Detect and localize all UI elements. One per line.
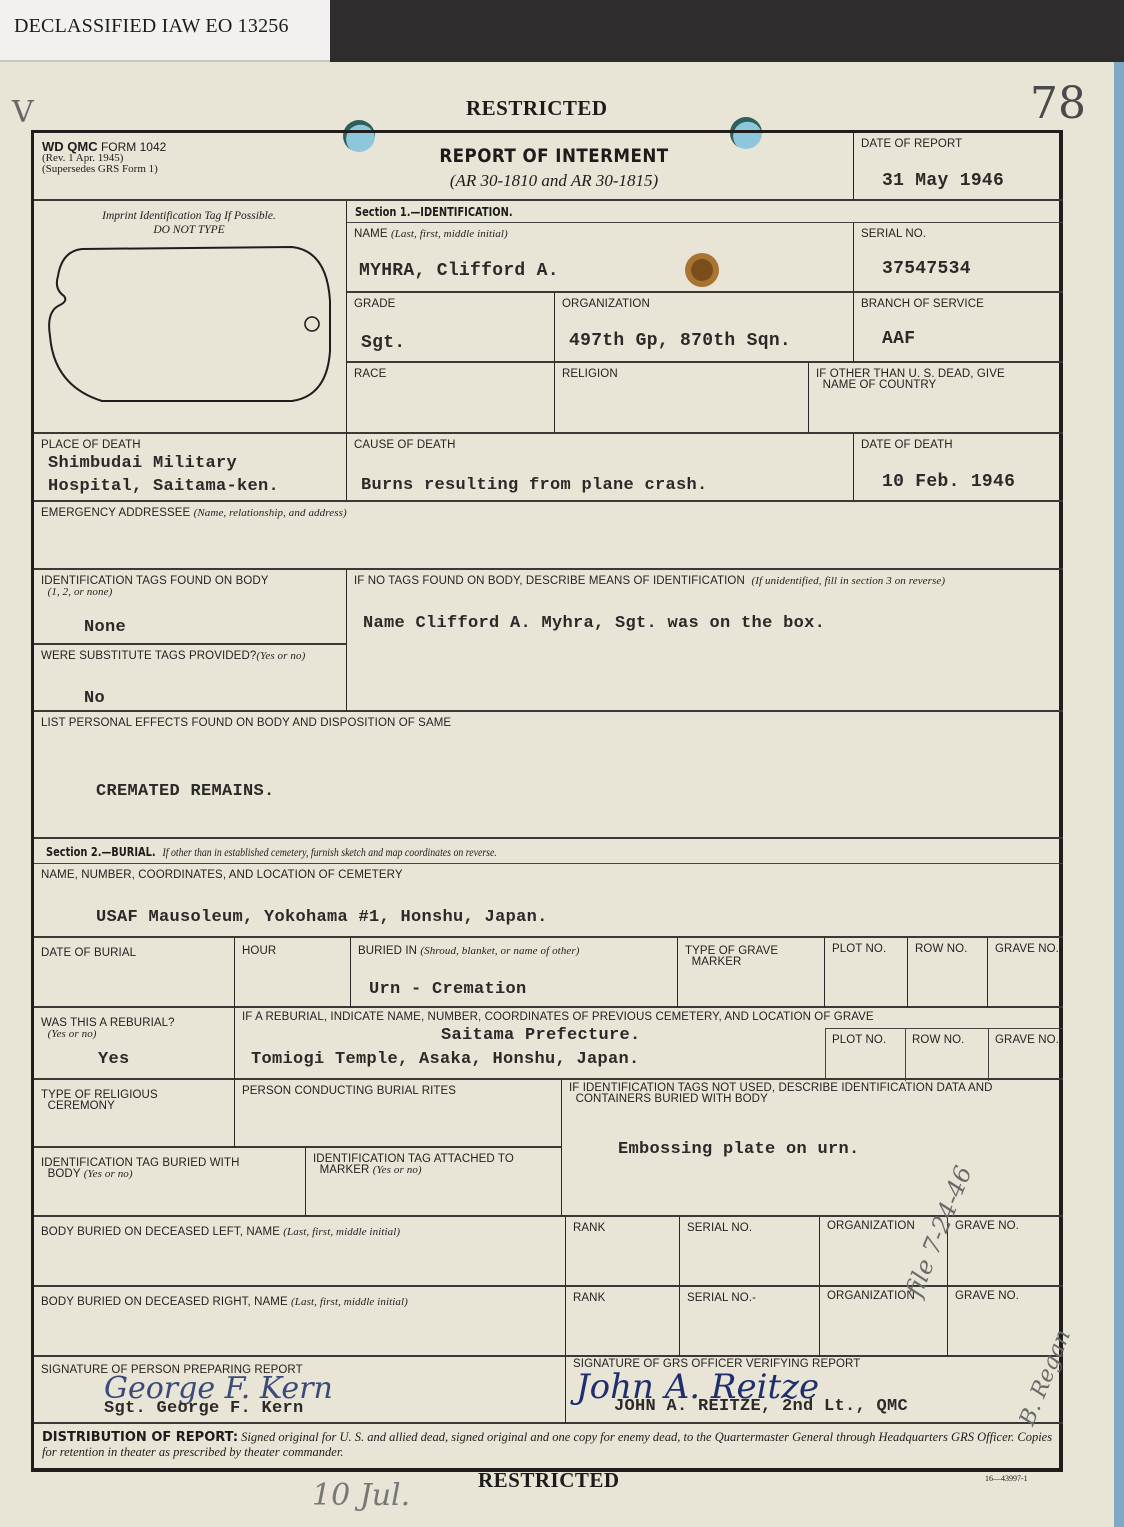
field-label: IDENTIFICATION TAG BURIED WITH BODY (Yes… xyxy=(41,1158,240,1180)
field-label: GRAVE No. xyxy=(955,1221,1019,1232)
field-label: HOUR xyxy=(242,946,276,957)
label-hint: (1, 2, or none) xyxy=(48,586,113,598)
prev-plot-field[interactable]: PLOT No. xyxy=(826,1029,906,1081)
date-of-death-field[interactable]: DATE OF DEATH 10 Feb. 1946 xyxy=(854,434,1063,502)
declassification-text: DECLASSIFIED IAW EO 13256 xyxy=(14,15,289,38)
handwritten-page-number: 78 xyxy=(1030,78,1086,129)
form-print-code: 16—43997-1 xyxy=(985,1474,1028,1483)
classification-bottom: RESTRICTED xyxy=(478,1468,620,1493)
grade-value: Sgt. xyxy=(361,333,405,353)
label-text: EMERGENCY ADDRESSEE xyxy=(41,507,190,519)
distribution-note: DISTRIBUTION OF REPORT: Signed original … xyxy=(34,1424,1063,1472)
religious-ceremony-field[interactable]: TYPE OF RELIGIOUS CEREMONY xyxy=(34,1080,235,1148)
tag-caption: Imprint Identification Tag If Possible. … xyxy=(34,209,344,237)
heading-text: Section 2.—BURIAL. xyxy=(46,845,156,859)
label-hint: (Last, first, middle initial) xyxy=(391,228,508,240)
right-rank-field[interactable]: RANK xyxy=(566,1287,680,1357)
field-label: IDENTIFICATION TAG ATTACHED TO MARKER (Y… xyxy=(313,1154,514,1176)
field-label: ROW No. xyxy=(912,1035,964,1046)
label-line-2: MARKER xyxy=(320,1164,370,1176)
field-label: GRADE xyxy=(354,299,395,310)
label-line-2: CEREMONY xyxy=(48,1100,115,1112)
race-field[interactable]: RACE xyxy=(347,363,555,434)
cemetery-value: USAF Mausoleum, Yokohama #1, Honshu, Jap… xyxy=(96,908,548,927)
form-title: REPORT OF INTERMENT (AR 30-1810 and AR 3… xyxy=(379,145,729,191)
name-value: MYHRA, Clifford A. xyxy=(359,261,559,281)
field-label: IDENTIFICATION TAGS FOUND ON BODY (1, 2,… xyxy=(41,576,269,598)
classification-top: RESTRICTED xyxy=(466,96,608,121)
serial-value: 37547534 xyxy=(882,259,971,279)
branch-value: AAF xyxy=(882,329,915,349)
title-text: REPORT OF INTERMENT xyxy=(400,145,708,167)
religion-field[interactable]: RELIGION xyxy=(555,363,809,434)
field-label: GRAVE No. xyxy=(995,1035,1059,1046)
field-label: BODY BURIED ON DECEASED LEFT, NAME (Last… xyxy=(41,1227,400,1238)
field-label: SERIAL No. xyxy=(861,229,926,240)
identification-data-field[interactable]: IF IDENTIFICATION TAGS NOT USED, DESCRIB… xyxy=(562,1080,1063,1217)
tag-imprint-area: Imprint Identification Tag If Possible. … xyxy=(34,201,347,434)
field-label: EMERGENCY ADDRESSEE (Name, relationship,… xyxy=(41,508,347,519)
grave-field[interactable]: GRAVE No. xyxy=(988,938,1063,1008)
rust-stain xyxy=(685,253,719,287)
previous-cemetery-line-1: Saitama Prefecture. xyxy=(441,1026,641,1045)
field-label: RACE xyxy=(354,369,386,380)
field-label: ORGANIZATION xyxy=(562,299,650,310)
tags-found-value: None xyxy=(84,618,126,637)
reburial-field[interactable]: WAS THIS A REBURIAL? (Yes or no) Yes xyxy=(34,1008,235,1080)
field-label: DATE OF DEATH xyxy=(861,440,953,451)
label-hint: (Yes or no) xyxy=(48,1028,97,1040)
distribution-text: DISTRIBUTION OF REPORT: Signed original … xyxy=(42,1430,1057,1460)
declassification-stamp: DECLASSIFIED IAW EO 13256 xyxy=(0,0,330,62)
burial-rites-person-field[interactable]: PERSON CONDUCTING BURIAL RITES xyxy=(235,1080,562,1148)
field-label: WAS THIS A REBURIAL? (Yes or no) xyxy=(41,1018,175,1040)
label-line-2: NAME OF COUNTRY xyxy=(823,379,937,391)
officer-typed-name: JOHN A. REITZE, 2nd Lt., QMC xyxy=(614,1397,908,1416)
section-1-title: Section 1.—IDENTIFICATION. xyxy=(355,205,513,219)
previous-cemetery-field[interactable]: IF A REBURIAL, INDICATE NAME, NUMBER, CO… xyxy=(235,1008,1063,1080)
field-label: GRAVE No. xyxy=(955,1291,1019,1302)
field-label: IF NO TAGS FOUND ON BODY, DESCRIBE MEANS… xyxy=(354,576,945,587)
bottom-handwritten-note: 10 Jul. xyxy=(312,1478,410,1513)
field-label: SERIAL No. xyxy=(687,1223,752,1234)
label-text: NAME xyxy=(354,228,388,240)
grave-marker-field[interactable]: TYPE OF GRAVE MARKER xyxy=(678,938,825,1008)
organization-field[interactable]: ORGANIZATION 497th Gp, 870th Sqn. xyxy=(555,293,854,363)
left-serial-field[interactable]: SERIAL No. xyxy=(680,1217,820,1287)
field-label: BURIED IN (Shroud, blanket, or name of o… xyxy=(358,946,580,957)
cause-of-death-field[interactable]: CAUSE OF DEATH Burns resulting from plan… xyxy=(347,434,854,502)
dog-tag-outline-icon xyxy=(42,241,342,411)
label-hint: (Name, relationship, and address) xyxy=(194,507,347,519)
label-line-2: CONTAINERS BURIED WITH BODY xyxy=(576,1093,768,1105)
label-text: BODY BURIED ON DECEASED RIGHT, NAME xyxy=(41,1296,288,1308)
label-text: BURIED IN xyxy=(358,945,417,957)
tag-marker-field[interactable]: IDENTIFICATION TAG ATTACHED TO MARKER (Y… xyxy=(306,1148,562,1217)
right-serial-field[interactable]: SERIAL No.- xyxy=(680,1287,820,1357)
right-body-name-field[interactable]: BODY BURIED ON DECEASED RIGHT, NAME (Las… xyxy=(34,1287,566,1357)
field-label: IF OTHER THAN U. S. DEAD, GIVE NAME OF C… xyxy=(816,369,1005,391)
field-label: DATE OF REPORT xyxy=(861,139,962,150)
tags-found-field[interactable]: IDENTIFICATION TAGS FOUND ON BODY (1, 2,… xyxy=(34,570,347,645)
section-2-title: Section 2.—BURIAL. If other than in esta… xyxy=(46,845,497,860)
field-label: GRAVE No. xyxy=(995,944,1059,955)
margin-check-mark: V xyxy=(12,95,34,130)
prev-row-field[interactable]: ROW No. xyxy=(906,1029,989,1081)
preparer-signature-field[interactable]: SIGNATURE OF PERSON PREPARING REPORT Geo… xyxy=(34,1357,566,1424)
field-label: NAME (Last, first, middle initial) xyxy=(354,229,508,240)
label-text: IF NO TAGS FOUND ON BODY, DESCRIBE MEANS… xyxy=(354,575,745,587)
place-of-death-line-2: Hospital, Saitama-ken. xyxy=(48,477,279,496)
reburial-value: Yes xyxy=(98,1050,130,1069)
previous-grave-location: PLOT No. ROW No. GRAVE No. xyxy=(825,1028,1063,1080)
field-label: NAME, NUMBER, COORDINATES, AND LOCATION … xyxy=(41,870,403,881)
country-field[interactable]: IF OTHER THAN U. S. DEAD, GIVE NAME OF C… xyxy=(809,363,1063,434)
field-label: PLOT No. xyxy=(832,944,886,955)
regulations-text: (AR 30-1810 and AR 30-1815) xyxy=(379,171,729,191)
field-label: ORGANIZATION xyxy=(827,1291,915,1302)
personal-effects-field[interactable]: LIST PERSONAL EFFECTS FOUND ON BODY AND … xyxy=(34,712,1063,839)
label-hint: (If unidentified, fill in section 3 on r… xyxy=(751,575,945,587)
hour-field[interactable]: HOUR xyxy=(235,938,351,1008)
label-line-2: MARKER xyxy=(692,956,742,968)
field-label: PLACE OF DEATH xyxy=(41,440,141,451)
left-grave-field[interactable]: GRAVE No. xyxy=(948,1217,1063,1287)
identification-means-value: Name Clifford A. Myhra, Sgt. was on the … xyxy=(363,614,825,633)
field-label: IF IDENTIFICATION TAGS NOT USED, DESCRIB… xyxy=(569,1083,993,1105)
date-of-death-value: 10 Feb. 1946 xyxy=(882,472,1015,492)
label-hint: (Yes or no) xyxy=(84,1168,133,1180)
row-field[interactable]: ROW No. xyxy=(908,938,988,1008)
previous-cemetery-line-2: Tomiogi Temple, Asaka, Honshu, Japan. xyxy=(251,1050,640,1069)
branch-field[interactable]: BRANCH OF SERVICE AAF xyxy=(854,293,1063,363)
right-organization-field[interactable]: ORGANIZATION xyxy=(820,1287,948,1357)
field-label: LIST PERSONAL EFFECTS FOUND ON BODY AND … xyxy=(41,718,451,729)
substitute-tags-value: No xyxy=(84,689,105,708)
left-rank-field[interactable]: RANK xyxy=(566,1217,680,1287)
field-label: ROW No. xyxy=(915,944,967,955)
field-label: TYPE OF GRAVE MARKER xyxy=(685,946,778,968)
field-label: IF A REBURIAL, INDICATE NAME, NUMBER, CO… xyxy=(242,1012,874,1023)
section-2-heading: Section 2.—BURIAL. If other than in esta… xyxy=(34,839,1063,864)
name-field[interactable]: NAME (Last, first, middle initial) MYHRA… xyxy=(347,223,854,293)
caption-line-1: Imprint Identification Tag If Possible. xyxy=(102,210,276,222)
label-hint: (Last, first, middle initial) xyxy=(283,1226,400,1238)
label-hint: (Shroud, blanket, or name of other) xyxy=(420,945,579,957)
officer-signature-field[interactable]: SIGNATURE OF GRS OFFICER VERIFYING REPOR… xyxy=(566,1357,1063,1424)
serial-field[interactable]: SERIAL No. 37547534 xyxy=(854,223,1063,293)
field-label: BRANCH OF SERVICE xyxy=(861,299,984,310)
field-label: WERE SUBSTITUTE TAGS PROVIDED?(Yes or no… xyxy=(41,651,305,662)
place-of-death-field[interactable]: PLACE OF DEATH Shimbudai Military Hospit… xyxy=(34,434,347,502)
label-hint: (Last, first, middle initial) xyxy=(291,1296,408,1308)
field-label: SERIAL No.- xyxy=(687,1293,756,1304)
label-line-2: BODY xyxy=(48,1168,81,1180)
cause-of-death-value: Burns resulting from plane crash. xyxy=(361,476,708,495)
field-label: PLOT No. xyxy=(832,1035,886,1046)
plot-field[interactable]: PLOT No. xyxy=(825,938,908,1008)
section-1-heading: Section 1.—IDENTIFICATION. xyxy=(347,201,1063,223)
buried-in-field[interactable]: BURIED IN (Shroud, blanket, or name of o… xyxy=(351,938,678,1008)
place-of-death-line-1: Shimbudai Military xyxy=(48,454,237,473)
preparer-typed-name: Sgt. George F. Kern xyxy=(104,1399,304,1418)
form-identifier: WD QMC FORM 1042 (Rev. 1 Apr. 1945) (Sup… xyxy=(42,141,166,175)
cemetery-field[interactable]: NAME, NUMBER, COORDINATES, AND LOCATION … xyxy=(34,864,1063,938)
tag-buried-field[interactable]: IDENTIFICATION TAG BURIED WITH BODY (Yes… xyxy=(34,1148,306,1217)
field-label: PERSON CONDUCTING BURIAL RITES xyxy=(242,1086,456,1097)
date-of-report-field[interactable]: DATE OF REPORT 31 May 1946 xyxy=(854,133,1063,201)
grade-field[interactable]: GRADE Sgt. xyxy=(347,293,555,363)
identification-data-value: Embossing plate on urn. xyxy=(618,1140,860,1159)
label-hint: (Yes or no) xyxy=(373,1164,422,1176)
scan-background-strip xyxy=(1114,62,1124,1527)
field-label: RANK xyxy=(573,1293,605,1304)
label-text: BODY BURIED ON DECEASED LEFT, NAME xyxy=(41,1226,280,1238)
date-of-burial-field[interactable]: DATE OF BURIAL xyxy=(34,938,235,1008)
substitute-tags-field[interactable]: WERE SUBSTITUTE TAGS PROVIDED?(Yes or no… xyxy=(34,645,347,712)
heading-note: If other than in established cemetery, f… xyxy=(163,845,497,859)
label-hint: (Yes or no) xyxy=(256,650,305,662)
identification-means-field[interactable]: IF NO TAGS FOUND ON BODY, DESCRIBE MEANS… xyxy=(347,570,1063,712)
personal-effects-value: CREMATED REMAINS. xyxy=(96,782,275,801)
emergency-addressee-field[interactable]: EMERGENCY ADDRESSEE (Name, relationship,… xyxy=(34,502,1063,570)
left-body-name-field[interactable]: BODY BURIED ON DECEASED LEFT, NAME (Last… xyxy=(34,1217,566,1287)
field-label: DATE OF BURIAL xyxy=(41,948,136,959)
form-supersedes: (Supersedes GRS Form 1) xyxy=(42,164,166,175)
field-label: CAUSE OF DEATH xyxy=(354,440,456,451)
prev-grave-field[interactable]: GRAVE No. xyxy=(989,1029,1064,1081)
field-label: RELIGION xyxy=(562,369,618,380)
field-label: BODY BURIED ON DECEASED RIGHT, NAME (Las… xyxy=(41,1297,408,1308)
organization-value: 497th Gp, 870th Sqn. xyxy=(569,331,791,351)
form-header: WD QMC FORM 1042 (Rev. 1 Apr. 1945) (Sup… xyxy=(34,133,854,201)
field-label: RANK xyxy=(573,1223,605,1234)
buried-in-value: Urn - Cremation xyxy=(369,980,527,999)
field-label: TYPE OF RELIGIOUS CEREMONY xyxy=(41,1090,158,1112)
field-label: ORGANIZATION xyxy=(827,1221,915,1232)
caption-line-2: DO NOT TYPE xyxy=(153,224,224,236)
label-text: WERE SUBSTITUTE TAGS PROVIDED? xyxy=(41,650,256,662)
date-of-report-value: 31 May 1946 xyxy=(882,171,1004,191)
distribution-label: DISTRIBUTION OF REPORT: xyxy=(42,1430,238,1445)
